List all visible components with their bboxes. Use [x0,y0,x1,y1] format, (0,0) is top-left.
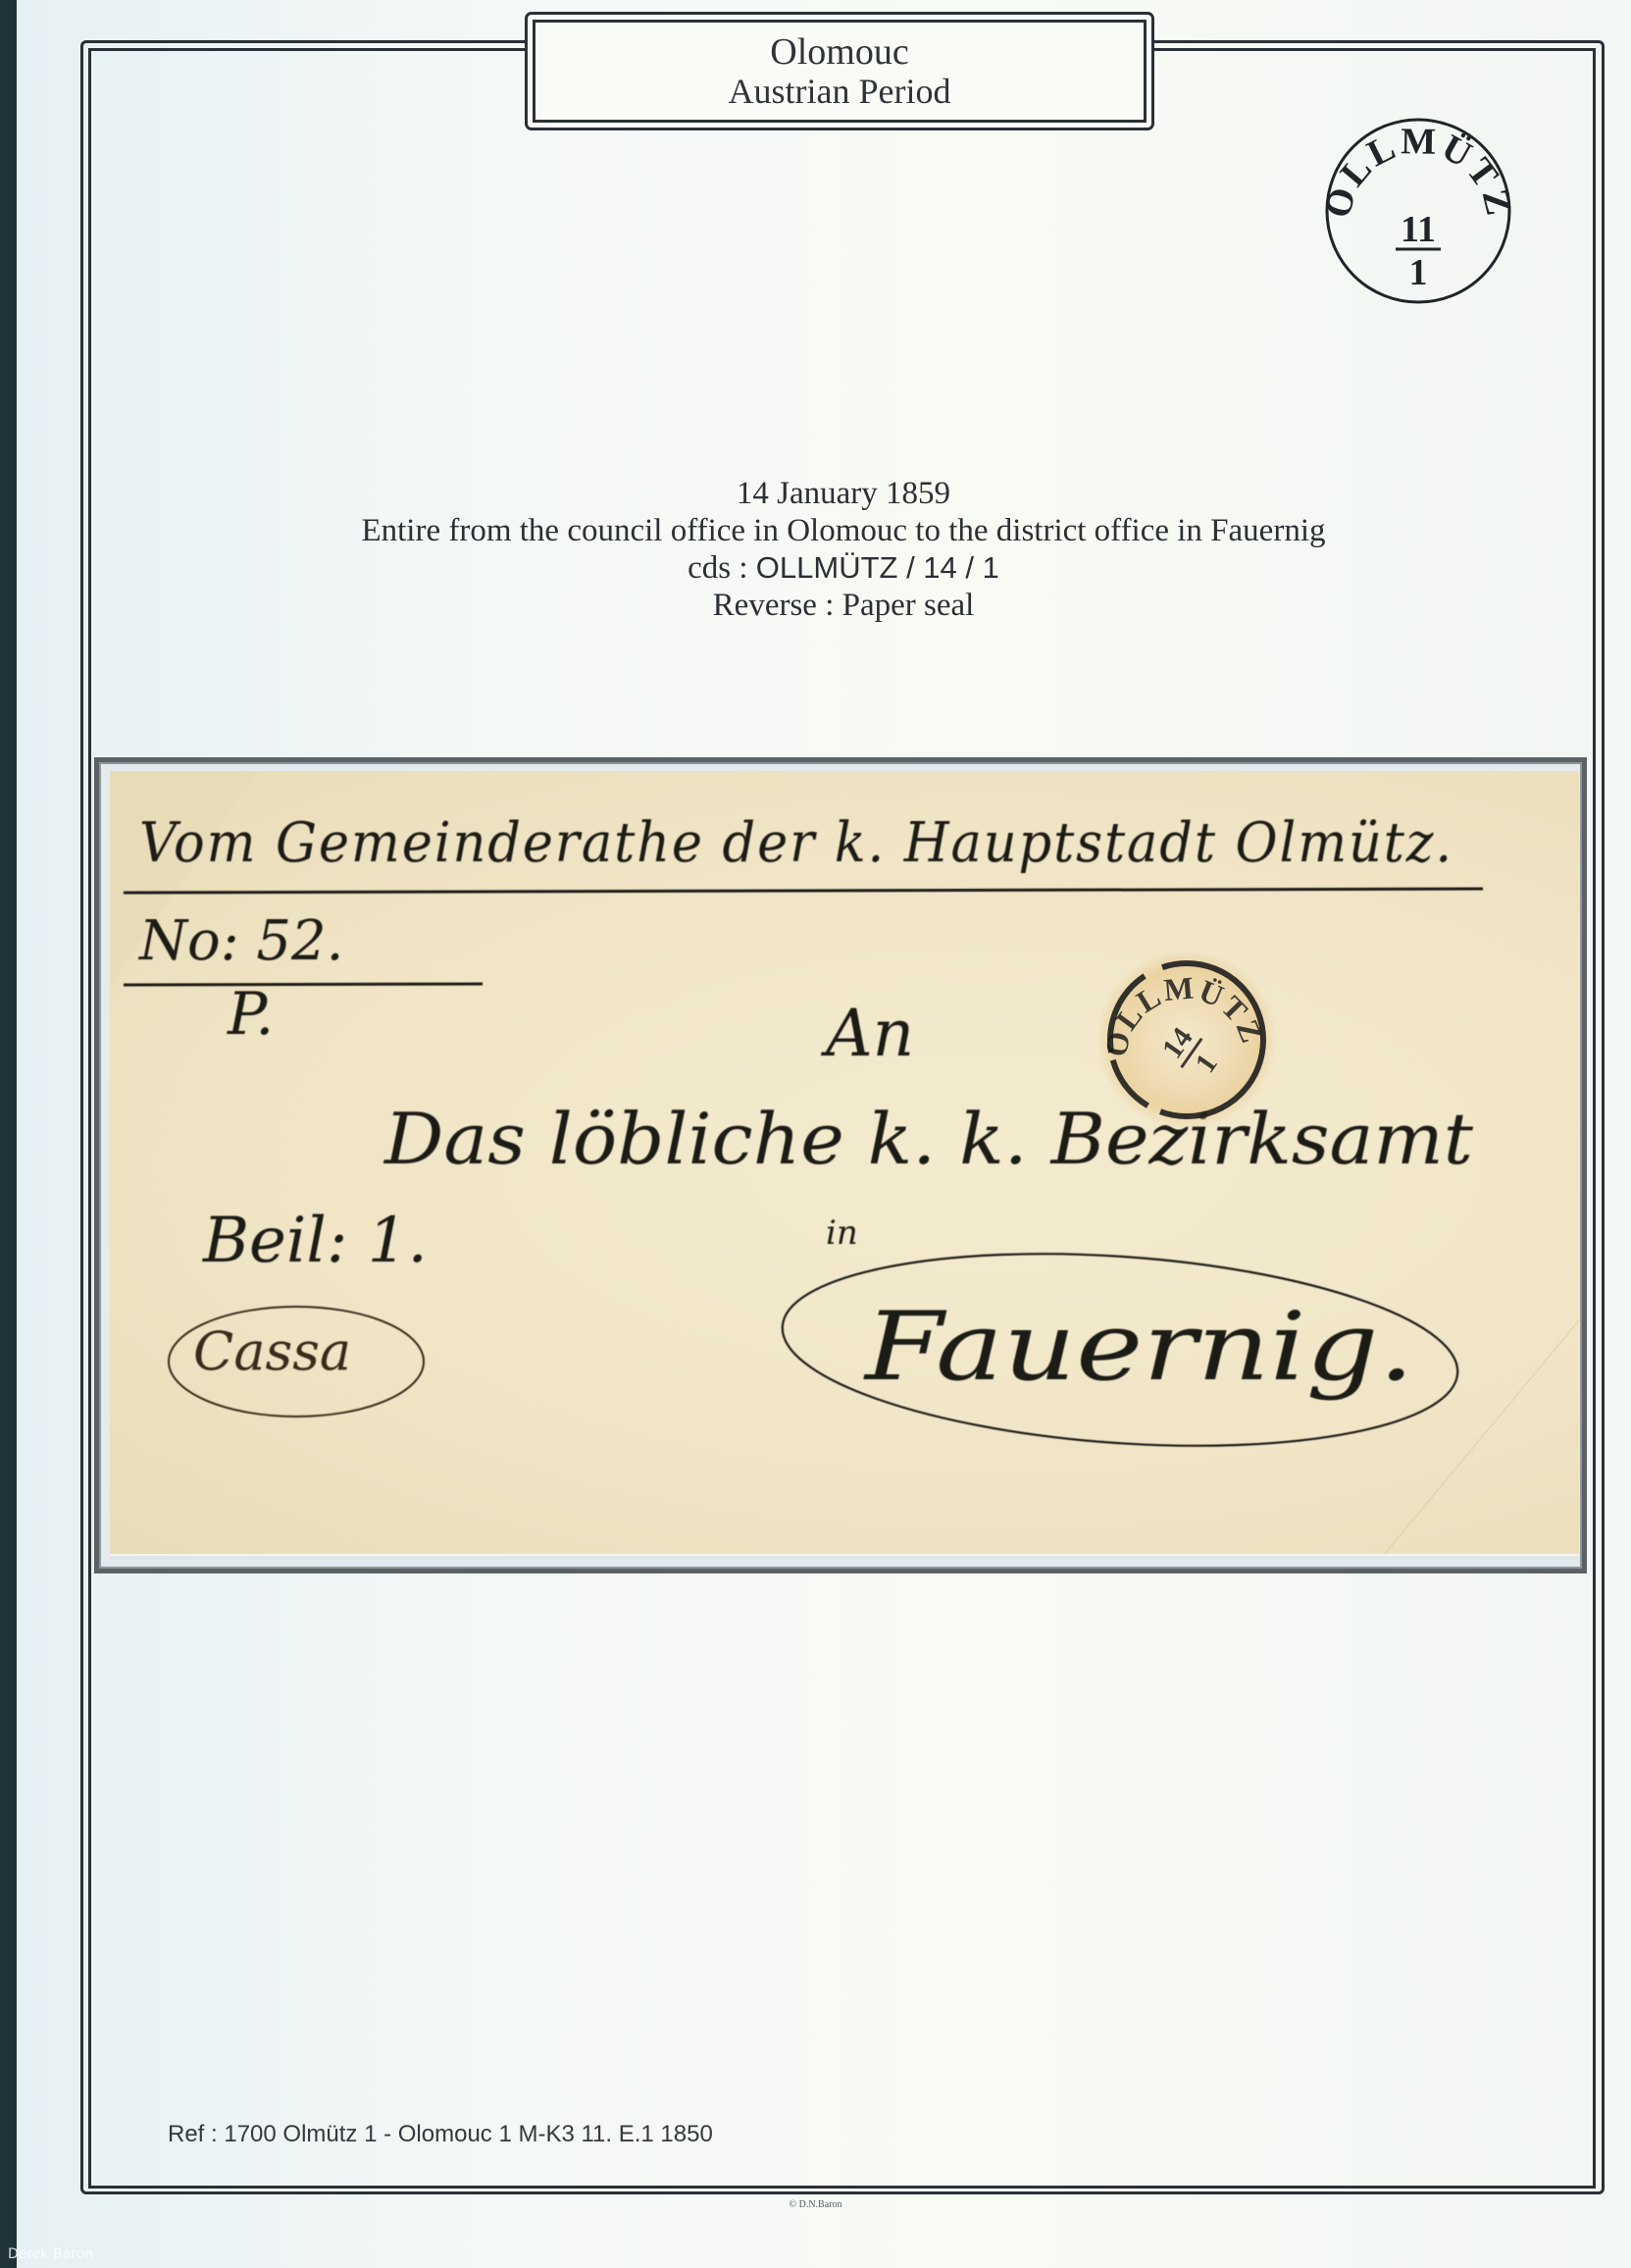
copyright-notice: © D.N.Baron [0,2199,1631,2210]
caption-cds: cds : OLLMÜTZ / 14 / 1 [98,549,1589,587]
caption-reverse: Reverse : Paper seal [98,587,1589,624]
title-box-inner: Olomouc Austrian Period [533,20,1147,123]
envelope-enclosure: Beil: 1. [202,1205,428,1277]
envelope-number: No: 52. [137,909,343,973]
caption-date: 14 January 1859 [98,475,1589,512]
envelope-in: in [826,1213,858,1253]
cds-value: OLLMÜTZ / 14 / 1 [756,550,999,585]
envelope-salutation: P. [227,980,274,1049]
envelope-an: An [820,996,914,1071]
envelope-sender-line: Vom Gemeinderathe der k. Hauptstadt Olmü… [139,811,1453,875]
svg-text:OLLMÜTZ: OLLMÜTZ [1323,121,1513,222]
envelope-cassa: Cassa [193,1320,351,1382]
envelope-destination: Fauernig. [863,1292,1414,1402]
envelope-addressee: Das löbliche k. k. Bezirksamt [382,1098,1474,1180]
page-title: Olomouc [770,32,908,72]
watermark: Derek Baron [8,2246,93,2262]
ref-postmark-day: 11 [1401,209,1436,250]
envelope-image: Vom Gemeinderathe der k. Hauptstadt Olmü… [110,771,1579,1554]
circular-date-stamp-icon: OLLMÜTZ 11 1 [1323,116,1513,306]
caption-description: Entire from the council office in Olomou… [98,512,1589,549]
left-edge-strip [0,0,17,2268]
caption: 14 January 1859 Entire from the council … [98,475,1589,624]
ref-postmark-month: 1 [1409,252,1428,293]
ollmutz-postmark-icon: OLLMÜTZ 14 1 [1096,950,1277,1130]
catalogue-reference: Ref : 1700 Olmütz 1 - Olomouc 1 M-K3 11.… [168,2121,713,2148]
ref-postmark-town: OLLMÜTZ [1323,121,1513,222]
page-subtitle: Austrian Period [729,72,951,111]
cds-label: cds : [688,550,756,586]
